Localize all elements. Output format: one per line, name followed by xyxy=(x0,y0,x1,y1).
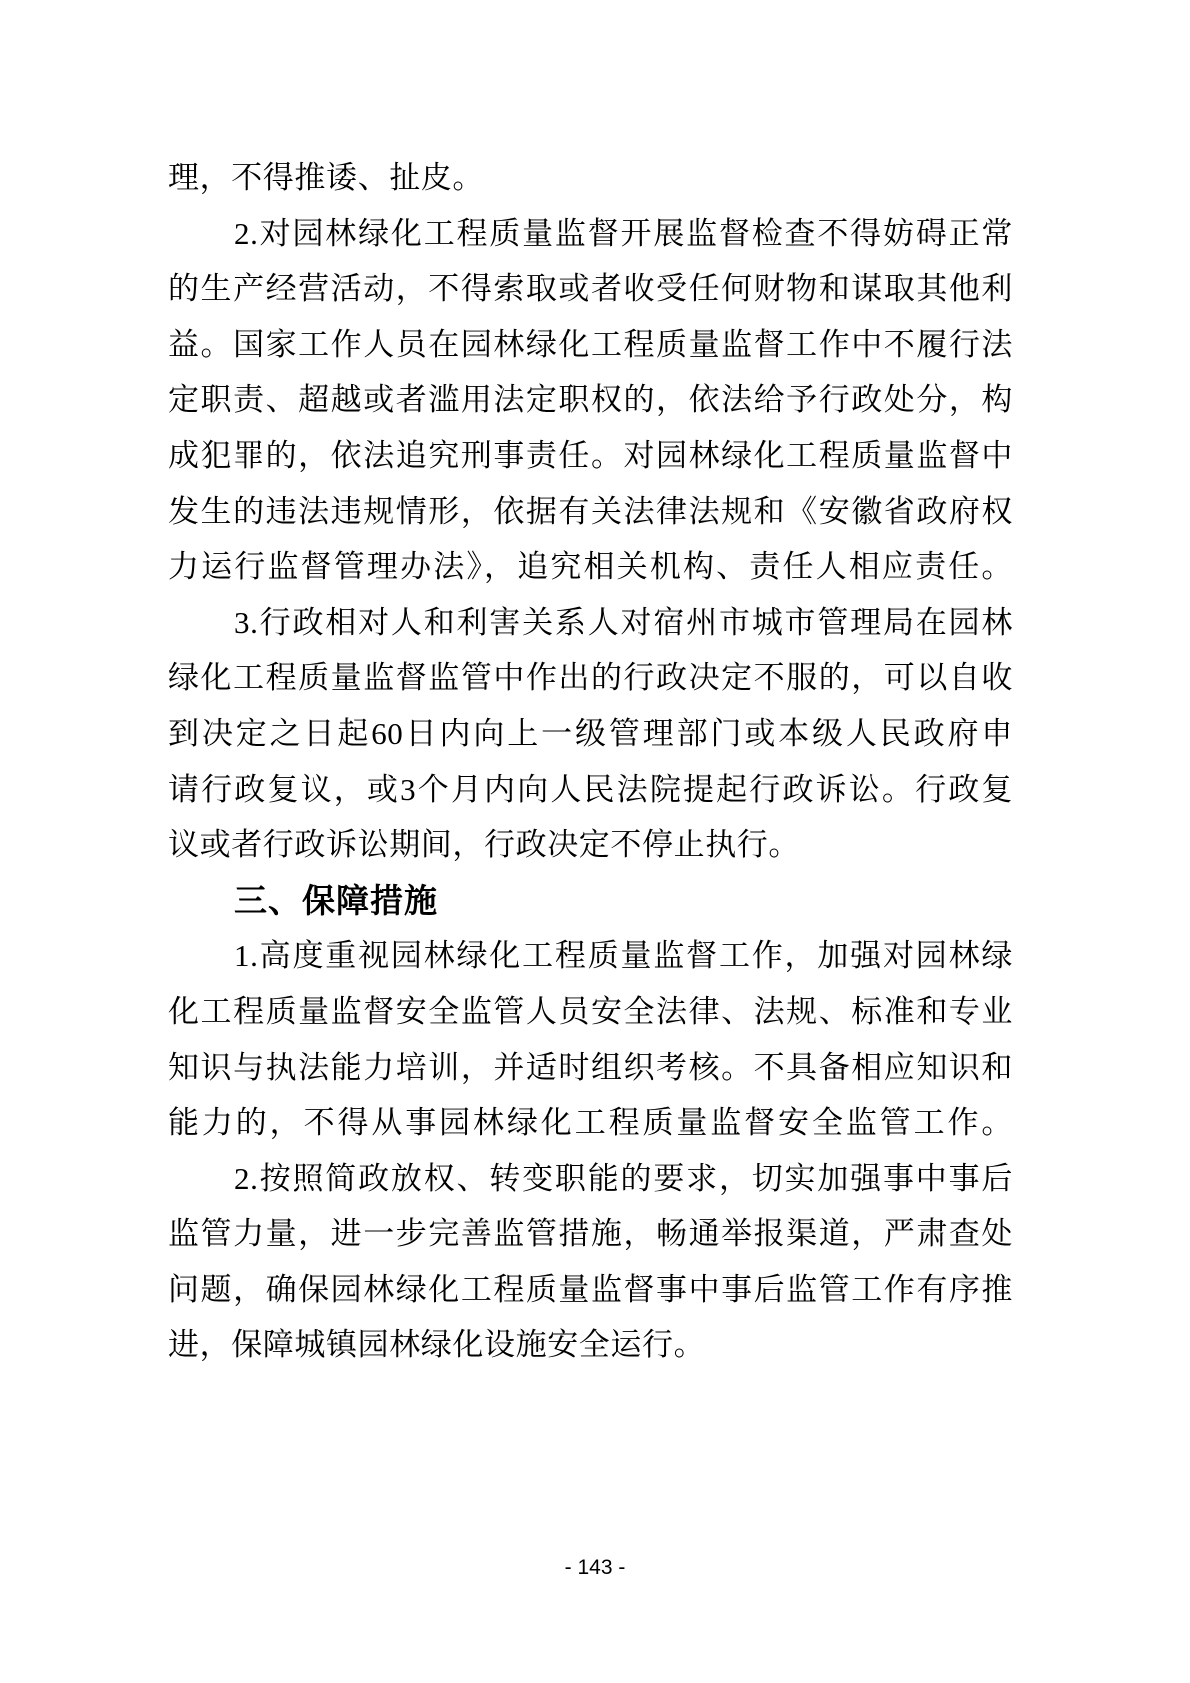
document-body-text: 理，不得推诿、扯皮。2.对园林绿化工程质量监督开展监督检查不得妨碍正常的生产经营… xyxy=(168,150,1013,1373)
document-line: 3.行政相对人和利害关系人对宿州市城市管理局在园林 xyxy=(168,595,1013,651)
document-line: 成犯罪的，依法追究刑事责任。对园林绿化工程质量监督中 xyxy=(168,428,1013,484)
document-line: 力运行监督管理办法》，追究相关机构、责任人相应责任。 xyxy=(168,539,1013,595)
document-line: 益。国家工作人员在园林绿化工程质量监督工作中不履行法 xyxy=(168,317,1013,373)
document-line: 发生的违法违规情形，依据有关法律法规和《安徽省政府权 xyxy=(168,484,1013,540)
document-line: 理，不得推诿、扯皮。 xyxy=(168,150,1013,206)
document-line: 的生产经营活动，不得索取或者收受任何财物和谋取其他利 xyxy=(168,261,1013,317)
document-line: 2.按照简政放权、转变职能的要求，切实加强事中事后 xyxy=(168,1151,1013,1207)
document-line: 化工程质量监督安全监管人员安全法律、法规、标准和专业 xyxy=(168,984,1013,1040)
document-line: 到决定之日起60日内向上一级管理部门或本级人民政府申 xyxy=(168,706,1013,762)
document-line: 三、保障措施 xyxy=(168,873,1013,929)
document-line: 监管力量，进一步完善监管措施，畅通举报渠道，严肃查处 xyxy=(168,1206,1013,1262)
document-line: 知识与执法能力培训，并适时组织考核。不具备相应知识和 xyxy=(168,1040,1013,1096)
document-line: 议或者行政诉讼期间，行政决定不停止执行。 xyxy=(168,817,1013,873)
document-line: 问题，确保园林绿化工程质量监督事中事后监管工作有序推 xyxy=(168,1262,1013,1318)
document-page: 理，不得推诿、扯皮。2.对园林绿化工程质量监督开展监督检查不得妨碍正常的生产经营… xyxy=(0,0,1190,1683)
document-line: 1.高度重视园林绿化工程质量监督工作，加强对园林绿 xyxy=(168,928,1013,984)
document-line: 进，保障城镇园林绿化设施安全运行。 xyxy=(168,1317,1013,1373)
document-line: 请行政复议，或3个月内向人民法院提起行政诉讼。行政复 xyxy=(168,762,1013,818)
document-line: 2.对园林绿化工程质量监督开展监督检查不得妨碍正常 xyxy=(168,206,1013,262)
document-line: 定职责、超越或者滥用法定职权的，依法给予行政处分，构 xyxy=(168,372,1013,428)
page-number: - 143 - xyxy=(0,1556,1190,1580)
document-line: 能力的，不得从事园林绿化工程质量监督安全监管工作。 xyxy=(168,1095,1013,1151)
document-line: 绿化工程质量监督监管中作出的行政决定不服的，可以自收 xyxy=(168,650,1013,706)
